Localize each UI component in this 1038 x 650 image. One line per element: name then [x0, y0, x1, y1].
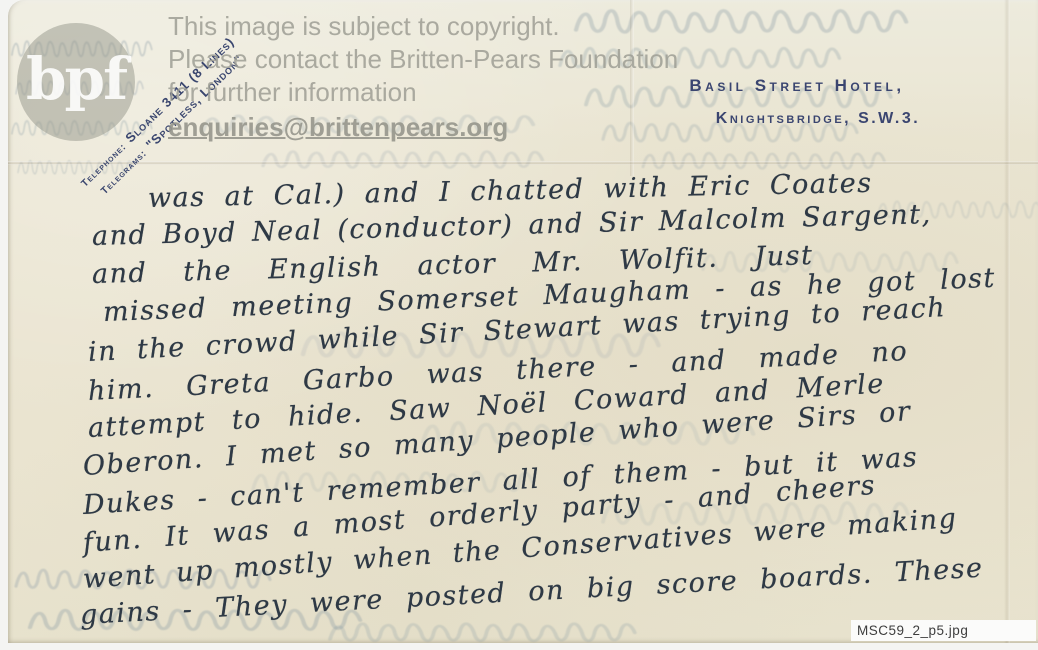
filename-label: MSC59_2_p5.jpg	[851, 620, 1036, 641]
watermark-line: This image is subject to copyright.	[168, 10, 678, 43]
watermark-line: for further information	[168, 76, 678, 109]
watermark-email: enquiries@brittenpears.org	[168, 111, 678, 144]
hotel-address: Knightsbridge, S.W.3.	[706, 110, 930, 128]
copyright-watermark: This image is subject to copyright. Plea…	[168, 10, 678, 144]
letter-scan: Telephone: Sloane 3411 (8 Lines) Telegra…	[0, 0, 1038, 650]
watermark-line: Please contact the Britten-Pears Foundat…	[168, 43, 678, 76]
letterhead-address-block: Basil Street Hotel, Knightsbridge, S.W.3…	[664, 76, 930, 128]
bpf-logo-text: bpf	[26, 45, 126, 119]
hotel-name: Basil Street Hotel,	[664, 76, 930, 96]
bpf-logo: bpf	[17, 23, 135, 141]
